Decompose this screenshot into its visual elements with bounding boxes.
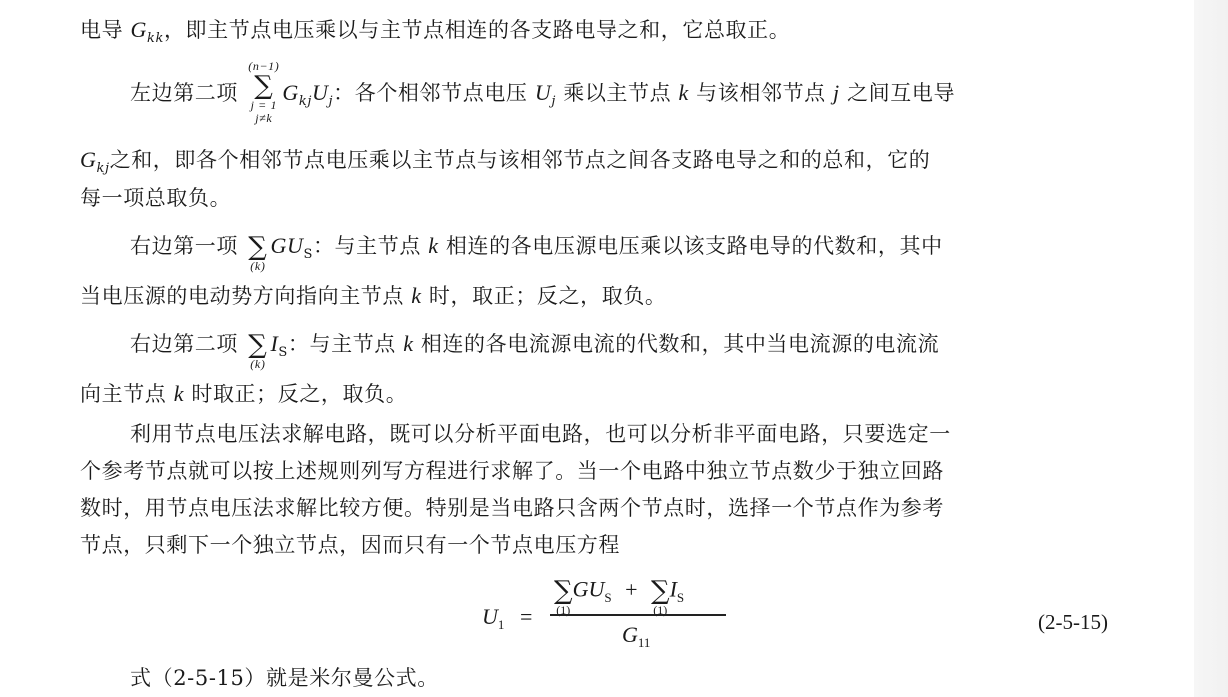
text: 左边第二项 — [130, 81, 238, 105]
text: 利用节点电压法求解电路，既可以分析平面电路，也可以分析非平面电路，只要选定一 — [130, 422, 951, 446]
text-line-conductance: 电导 Gkk，即主节点电压乘以与主节点相连的各支路电导之和，它总取正。 — [80, 16, 790, 48]
math-var: j — [833, 80, 840, 105]
text-line: 当电压源的电动势方向指向主节点 k 时，取正；反之，取负。 — [80, 282, 667, 310]
text: 每一项总取负。 — [80, 186, 231, 210]
text: 电导 — [80, 18, 130, 42]
text: 右边第一项 — [130, 234, 238, 258]
text: 时取正；反之，取负。 — [184, 382, 407, 406]
math-sub: S — [278, 345, 288, 360]
math-sub: kj — [97, 161, 110, 176]
text: 相连的各电压源电压乘以该支路电导的代数和，其中 — [439, 234, 943, 258]
millman-equation: U1 = ∑ (1) GUS + ∑ (1) IS G11 — [482, 570, 742, 660]
sum-lower-limit: (k) — [248, 260, 267, 273]
text: 当电压源的电动势方向指向主节点 — [80, 284, 411, 308]
text: 向主节点 — [80, 382, 174, 406]
text-line-left-second-term: 左边第二项 (n−1) ∑ j = 1 j≠k GkjUj：各个相邻节点电压 U… — [130, 62, 955, 127]
text-line: 每一项总取负。 — [80, 184, 231, 212]
math-var: k — [403, 331, 413, 356]
text: 时，取正；反之，取负。 — [422, 284, 667, 308]
text: 之和，即各个相邻节点电压乘以主节点与该相邻节点之间各支路电导之和的总和，它的 — [110, 148, 931, 172]
text-line: 节点，只剩下一个独立节点，因而只有一个节点电压方程 — [80, 531, 620, 559]
text-line: 数时，用节点电压法求解比较方便。特别是当电路只含两个节点时，选择一个节点作为参考 — [80, 494, 944, 522]
text-line: Gkj之和，即各个相邻节点电压乘以主节点与该相邻节点之间各支路电导之和的总和，它… — [80, 146, 930, 178]
page-edge-shadow — [1194, 0, 1228, 697]
text: ：各个相邻节点电压 — [333, 81, 535, 105]
math-var: G — [130, 17, 147, 42]
math-var: GU — [270, 233, 303, 258]
text-line: 个参考节点就可以按上述规则列写方程进行求解了。当一个电路中独立节点数少于独立回路 — [80, 457, 944, 485]
summation-symbol: ∑ (k) — [248, 332, 267, 371]
equation-numerator: ∑ (1) GUS + ∑ (1) IS — [554, 572, 684, 611]
math-var: U — [535, 80, 552, 105]
sum-lower-limit: (k) — [248, 358, 267, 371]
summation-symbol: (n−1) ∑ j = 1 j≠k — [248, 60, 279, 125]
text-line-right-second-term: 右边第二项 ∑ (k) IS：与主节点 k 相连的各电流源电流的代数和，其中当电… — [130, 326, 939, 365]
equation-denominator: G11 — [622, 622, 650, 648]
math-var: G — [80, 147, 97, 172]
text: 乘以主节点 — [556, 81, 679, 105]
text: ：与主节点 — [313, 234, 428, 258]
equation-lhs: U1 — [482, 604, 504, 630]
math-sub: j — [551, 94, 556, 109]
equals-sign: = — [520, 604, 532, 630]
math-var: k — [679, 80, 689, 105]
summation-symbol: ∑ (k) — [248, 234, 267, 273]
math-var: G — [282, 80, 299, 105]
text: 右边第二项 — [130, 332, 238, 356]
math-sub: j — [328, 94, 333, 109]
sum-condition: j≠k — [248, 112, 279, 125]
math-var: k — [174, 381, 184, 406]
text: 节点，只剩下一个独立节点，因而只有一个节点电压方程 — [80, 533, 620, 557]
text-line-right-first-term: 右边第一项 ∑ (k) GUS：与主节点 k 相连的各电压源电压乘以该支路电导的… — [130, 228, 943, 267]
text: 个参考节点就可以按上述规则列写方程进行求解了。当一个电路中独立节点数少于独立回路 — [80, 459, 944, 483]
text: 与该相邻节点 — [689, 81, 833, 105]
math-sub: kj — [299, 94, 312, 109]
text-line: 利用节点电压法求解电路，既可以分析平面电路，也可以分析非平面电路，只要选定一 — [130, 420, 951, 448]
text: ，即主节点电压乘以与主节点相连的各支路电导之和，它总取正。 — [164, 18, 790, 42]
math-sub: S — [303, 247, 313, 262]
math-sub: kk — [147, 31, 164, 46]
text: 数时，用节点电压法求解比较方便。特别是当电路只含两个节点时，选择一个节点作为参考 — [80, 496, 944, 520]
text: ：与主节点 — [288, 332, 403, 356]
equation-number: (2-5-15) — [1038, 610, 1108, 635]
text-line-closing: 式（2-5-15）就是米尔曼公式。 — [130, 664, 439, 692]
text: 相连的各电流源电流的代数和，其中当电流源的电流流 — [414, 332, 940, 356]
math-var: k — [428, 233, 438, 258]
math-var: U — [312, 80, 329, 105]
math-var: k — [411, 283, 421, 308]
fraction-bar — [550, 614, 726, 616]
text: 式（2-5-15）就是米尔曼公式。 — [130, 666, 439, 690]
text: 之间互电导 — [840, 81, 955, 105]
text-line: 向主节点 k 时取正；反之，取负。 — [80, 380, 407, 408]
